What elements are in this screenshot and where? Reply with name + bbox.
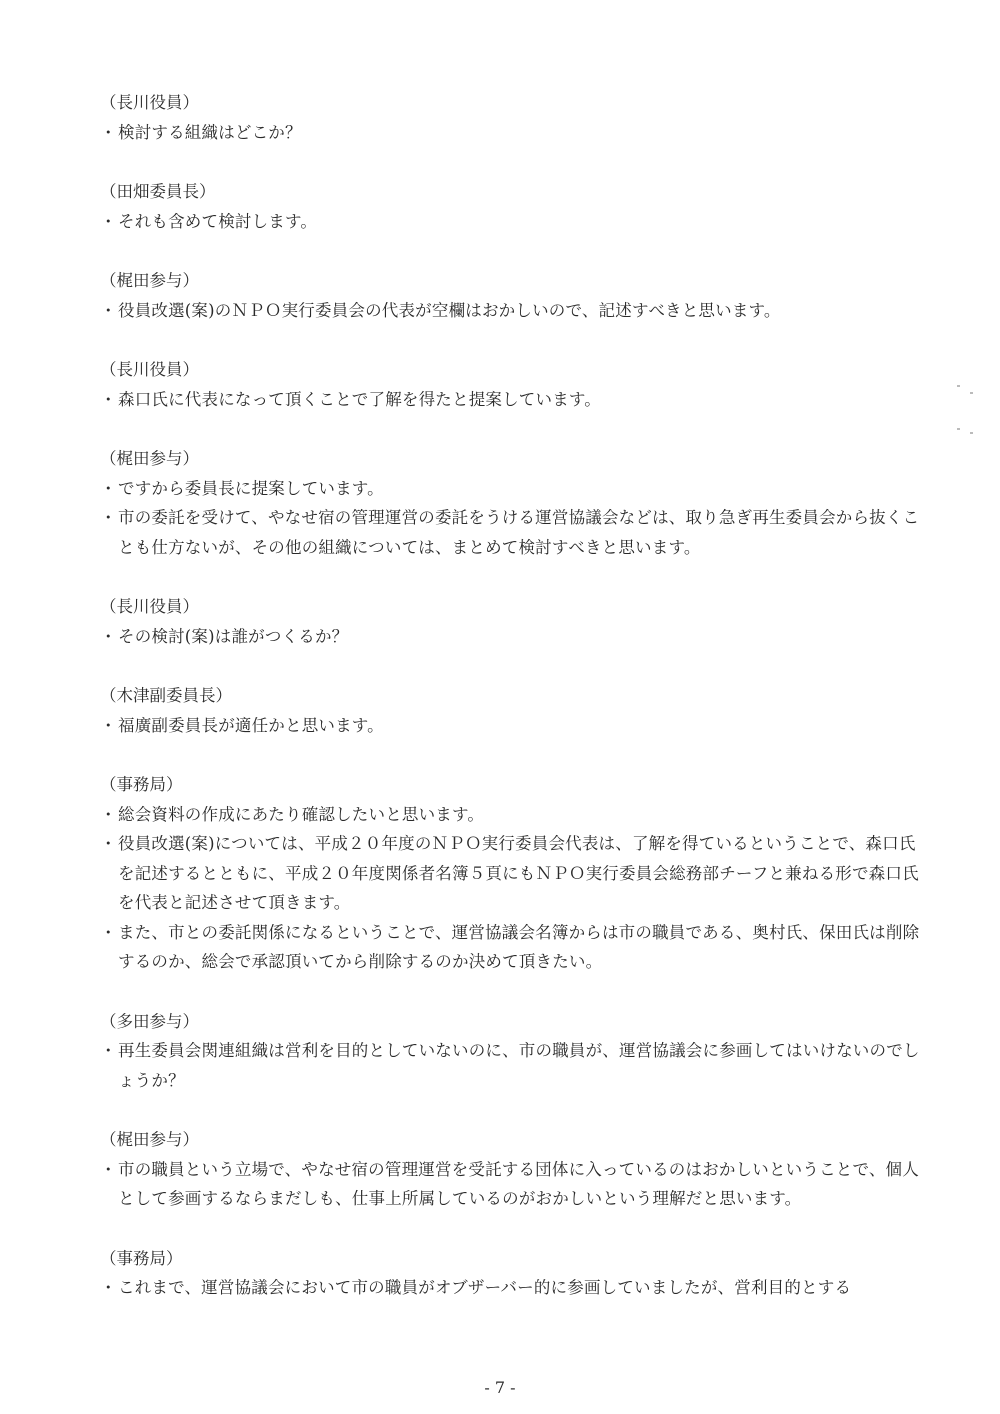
dialogue-block: （長川役員） ・森口氏に代表になって頂くことで了解を得たと提案しています。: [100, 355, 920, 414]
dialogue-block: （梶田参与） ・市の職員という立場で、やなせ宿の管理運営を受託する団体に入ってい…: [100, 1125, 920, 1214]
statement: ・役員改選(案)については、平成２０年度のＮＰＯ実行委員会代表は、了解を得ている…: [100, 829, 920, 918]
speaker-label: （梶田参与）: [100, 1125, 920, 1155]
speaker-label: （木津副委員長）: [100, 681, 920, 711]
statement: ・市の職員という立場で、やなせ宿の管理運営を受託する団体に入っているのはおかしい…: [100, 1155, 920, 1214]
bullet-icon: ・: [100, 207, 118, 237]
speaker-label: （梶田参与）: [100, 444, 920, 474]
statement: ・役員改選(案)のＮＰＯ実行委員会の代表が空欄はおかしいので、記述すべきと思いま…: [100, 296, 920, 326]
speaker-label: （事務局）: [100, 1244, 920, 1274]
speaker-label: （田畑委員長）: [100, 177, 920, 207]
scan-speck: [957, 385, 960, 387]
bullet-icon: ・: [100, 918, 118, 948]
speaker-label: （多田参与）: [100, 1007, 920, 1037]
speaker-label: （梶田参与）: [100, 266, 920, 296]
statement: ・これまで、運営協議会において市の職員がオブザーバー的に参画していましたが、営利…: [100, 1273, 920, 1303]
dialogue-block: （多田参与） ・再生委員会関連組織は営利を目的としていないのに、市の職員が、運営…: [100, 1007, 920, 1096]
bullet-icon: ・: [100, 800, 118, 830]
statement: ・ですから委員長に提案しています。: [100, 474, 920, 504]
dialogue-block: （事務局） ・総会資料の作成にあたり確認したいと思います。 ・役員改選(案)につ…: [100, 770, 920, 977]
document-page: （長川役員） ・検討する組織はどこか？ （田畑委員長） ・それも含めて検討します…: [100, 88, 920, 1333]
bullet-icon: ・: [100, 296, 118, 326]
speaker-label: （事務局）: [100, 770, 920, 800]
speaker-label: （長川役員）: [100, 88, 920, 118]
bullet-icon: ・: [100, 829, 118, 859]
bullet-icon: ・: [100, 118, 118, 148]
speaker-label: （長川役員）: [100, 592, 920, 622]
dialogue-block: （長川役員） ・その検討(案)は誰がつくるか？: [100, 592, 920, 651]
statement: ・それも含めて検討します。: [100, 207, 920, 237]
statement: ・市の委託を受けて、やなせ宿の管理運営の委託をうける運営協議会などは、取り急ぎ再…: [100, 503, 920, 562]
statement: ・また、市との委託関係になるということで、運営協議会名簿からは市の職員である、奥…: [100, 918, 920, 977]
scan-speck: [957, 428, 960, 430]
statement: ・その検討(案)は誰がつくるか？: [100, 622, 920, 652]
dialogue-block: （梶田参与） ・ですから委員長に提案しています。 ・市の委託を受けて、やなせ宿の…: [100, 444, 920, 562]
dialogue-block: （事務局） ・これまで、運営協議会において市の職員がオブザーバー的に参画していま…: [100, 1244, 920, 1303]
bullet-icon: ・: [100, 1155, 118, 1185]
dialogue-block: （田畑委員長） ・それも含めて検討します。: [100, 177, 920, 236]
statement: ・検討する組織はどこか？: [100, 118, 920, 148]
bullet-icon: ・: [100, 1273, 118, 1303]
statement: ・再生委員会関連組織は営利を目的としていないのに、市の職員が、運営協議会に参画し…: [100, 1036, 920, 1095]
bullet-icon: ・: [100, 474, 118, 504]
page-number: - 7 -: [0, 1378, 1000, 1397]
dialogue-block: （木津副委員長） ・福廣副委員長が適任かと思います。: [100, 681, 920, 740]
bullet-icon: ・: [100, 622, 118, 652]
speaker-label: （長川役員）: [100, 355, 920, 385]
bullet-icon: ・: [100, 385, 118, 415]
statement: ・福廣副委員長が適任かと思います。: [100, 711, 920, 741]
dialogue-block: （長川役員） ・検討する組織はどこか？: [100, 88, 920, 147]
dialogue-block: （梶田参与） ・役員改選(案)のＮＰＯ実行委員会の代表が空欄はおかしいので、記述…: [100, 266, 920, 325]
statement: ・森口氏に代表になって頂くことで了解を得たと提案しています。: [100, 385, 920, 415]
scan-speck: [970, 432, 973, 434]
statement: ・総会資料の作成にあたり確認したいと思います。: [100, 800, 920, 830]
bullet-icon: ・: [100, 1036, 118, 1066]
bullet-icon: ・: [100, 503, 118, 533]
scan-speck: [970, 392, 973, 394]
bullet-icon: ・: [100, 711, 118, 741]
